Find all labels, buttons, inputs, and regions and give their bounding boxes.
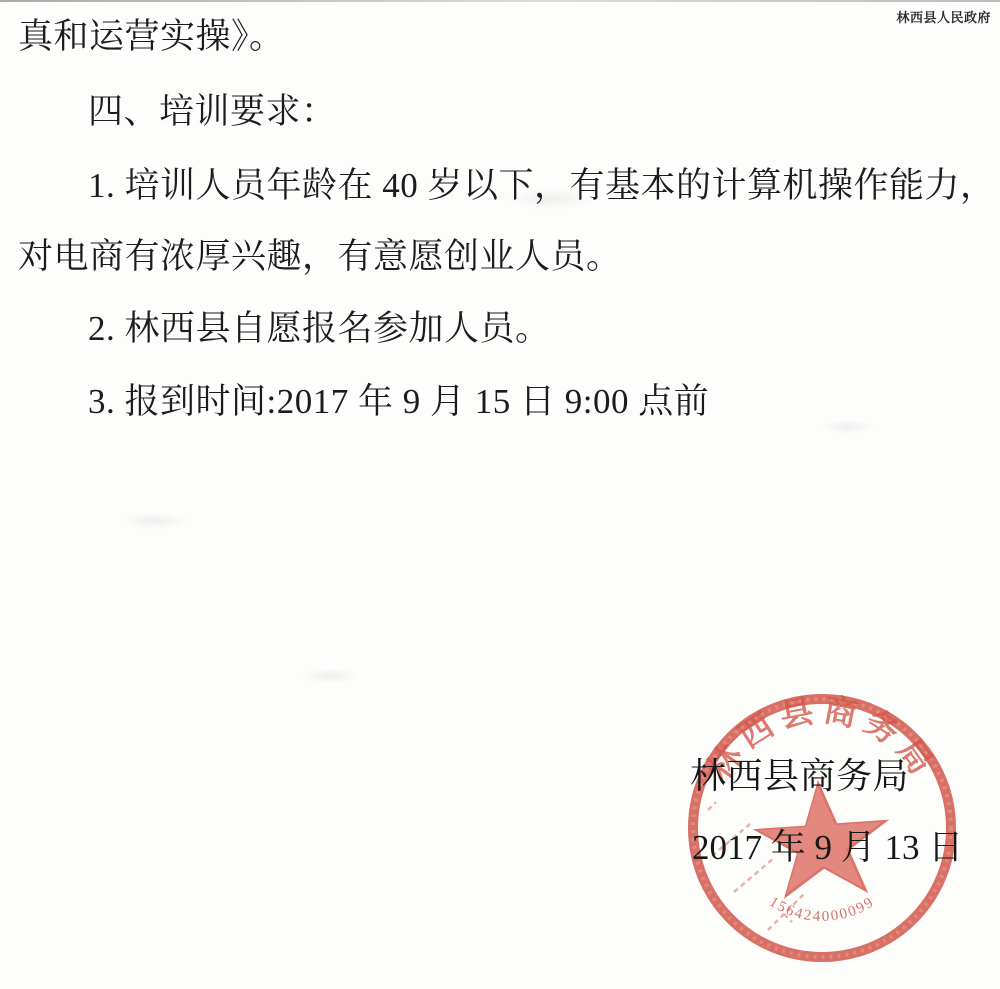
page-header-site-label: 林西县人民政府 [896,7,991,26]
body-line-1: 真和运营实操》。 [18,17,285,57]
body-line-4-item-1-continued: 对电商有浓厚兴趣，有意愿创业人员。 [18,237,622,277]
scan-noise-blob [820,420,875,434]
signature-org-name: 林西县商务局 [690,748,909,799]
body-line-3-item-1: 1. 培训人员年龄在 40 岁以下，有基本的计算机操作能力， [88,166,996,206]
body-line-5-item-2: 2. 林西县自愿报名参加人员。 [88,309,551,349]
scan-noise-blob [300,668,360,684]
seal-serial-number: 156424000099 [766,894,878,925]
scan-noise-blob [120,512,190,530]
scan-edge-artifact [0,0,1000,2]
body-line-6-item-3: 3. 报到时间:2017 年 9 月 15 日 9:00 点前 [88,382,709,422]
scanned-document-page: 林西县人民政府 真和运营实操》。 四、培训要求： 1. 培训人员年龄在 40 岁… [0,0,1000,989]
body-line-2-section-heading: 四、培训要求： [88,92,337,132]
signature-date: 2017 年 9 月 13 日 [692,820,963,870]
